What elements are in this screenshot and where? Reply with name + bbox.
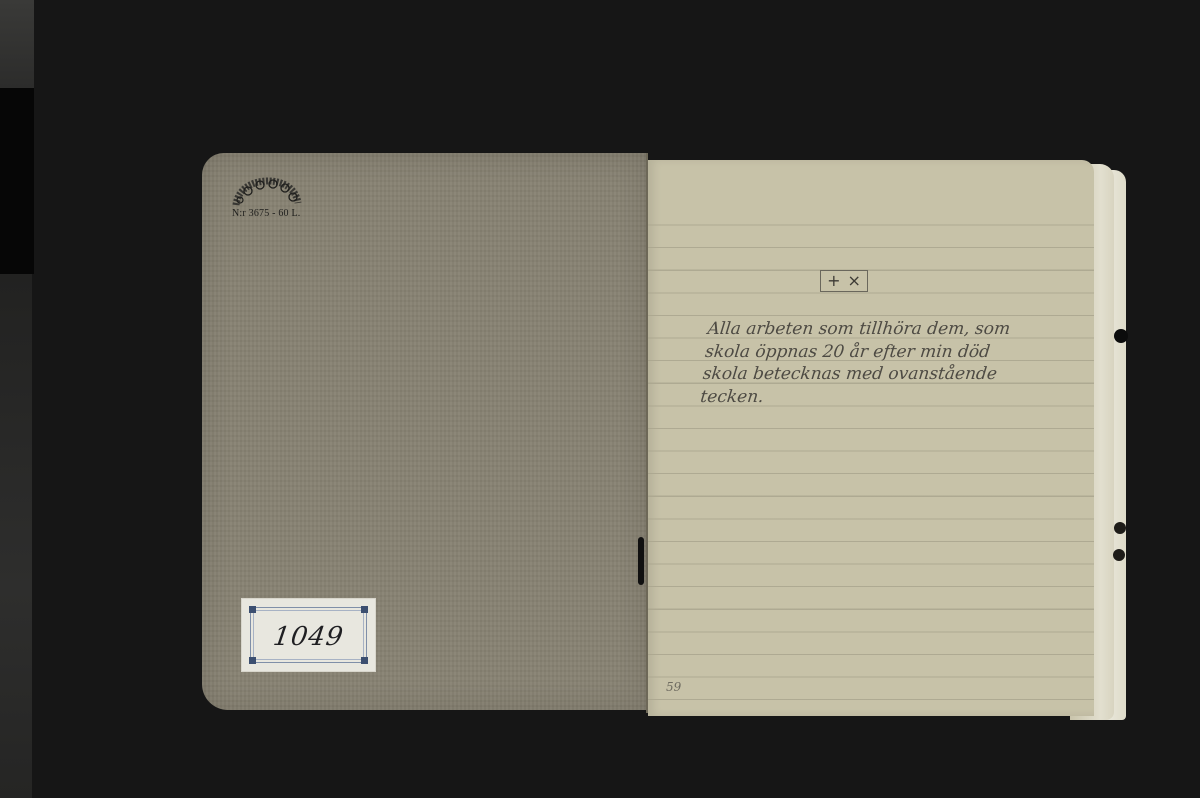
background-strip-bottom — [0, 274, 32, 798]
handwritten-line: skola öppnas 20 år efter min död — [704, 341, 1086, 364]
notebook-page: + × Alla arbeten som tillhöra dem, som s… — [648, 160, 1094, 716]
catalog-number: 1049 — [249, 622, 368, 652]
background-strip-top — [0, 0, 34, 88]
catalog-label: 1049 — [242, 599, 375, 671]
label-corner-ornament — [361, 657, 368, 664]
notebook-cover: N:r 3675 - 60 L. 1049 — [202, 153, 647, 710]
page-number: 59 — [666, 680, 681, 694]
spine-binding-mark — [638, 537, 644, 585]
handwritten-note: Alla arbeten som tillhöra dem, som skola… — [699, 318, 1088, 408]
plus-symbol: + — [827, 273, 840, 289]
handwritten-line: Alla arbeten som tillhöra dem, som — [706, 318, 1088, 341]
handwritten-line: skola betecknas med ovanstående — [702, 363, 1084, 386]
background-strip-middle — [0, 88, 34, 274]
punch-hole-icon — [1114, 329, 1128, 343]
label-corner-ornament — [249, 657, 256, 664]
punch-hole-icon — [1114, 522, 1126, 534]
symbol-box: + × — [820, 270, 868, 292]
label-corner-ornament — [249, 606, 256, 613]
punch-hole-icon — [1113, 549, 1125, 561]
ornamental-logo-icon — [232, 175, 302, 209]
ruled-lines — [648, 203, 1094, 716]
cross-symbol: × — [848, 273, 861, 289]
label-corner-ornament — [361, 606, 368, 613]
label-frame: 1049 — [250, 607, 367, 663]
handwritten-line: tecken. — [699, 386, 1081, 409]
publisher-number: N:r 3675 - 60 L. — [232, 208, 300, 219]
